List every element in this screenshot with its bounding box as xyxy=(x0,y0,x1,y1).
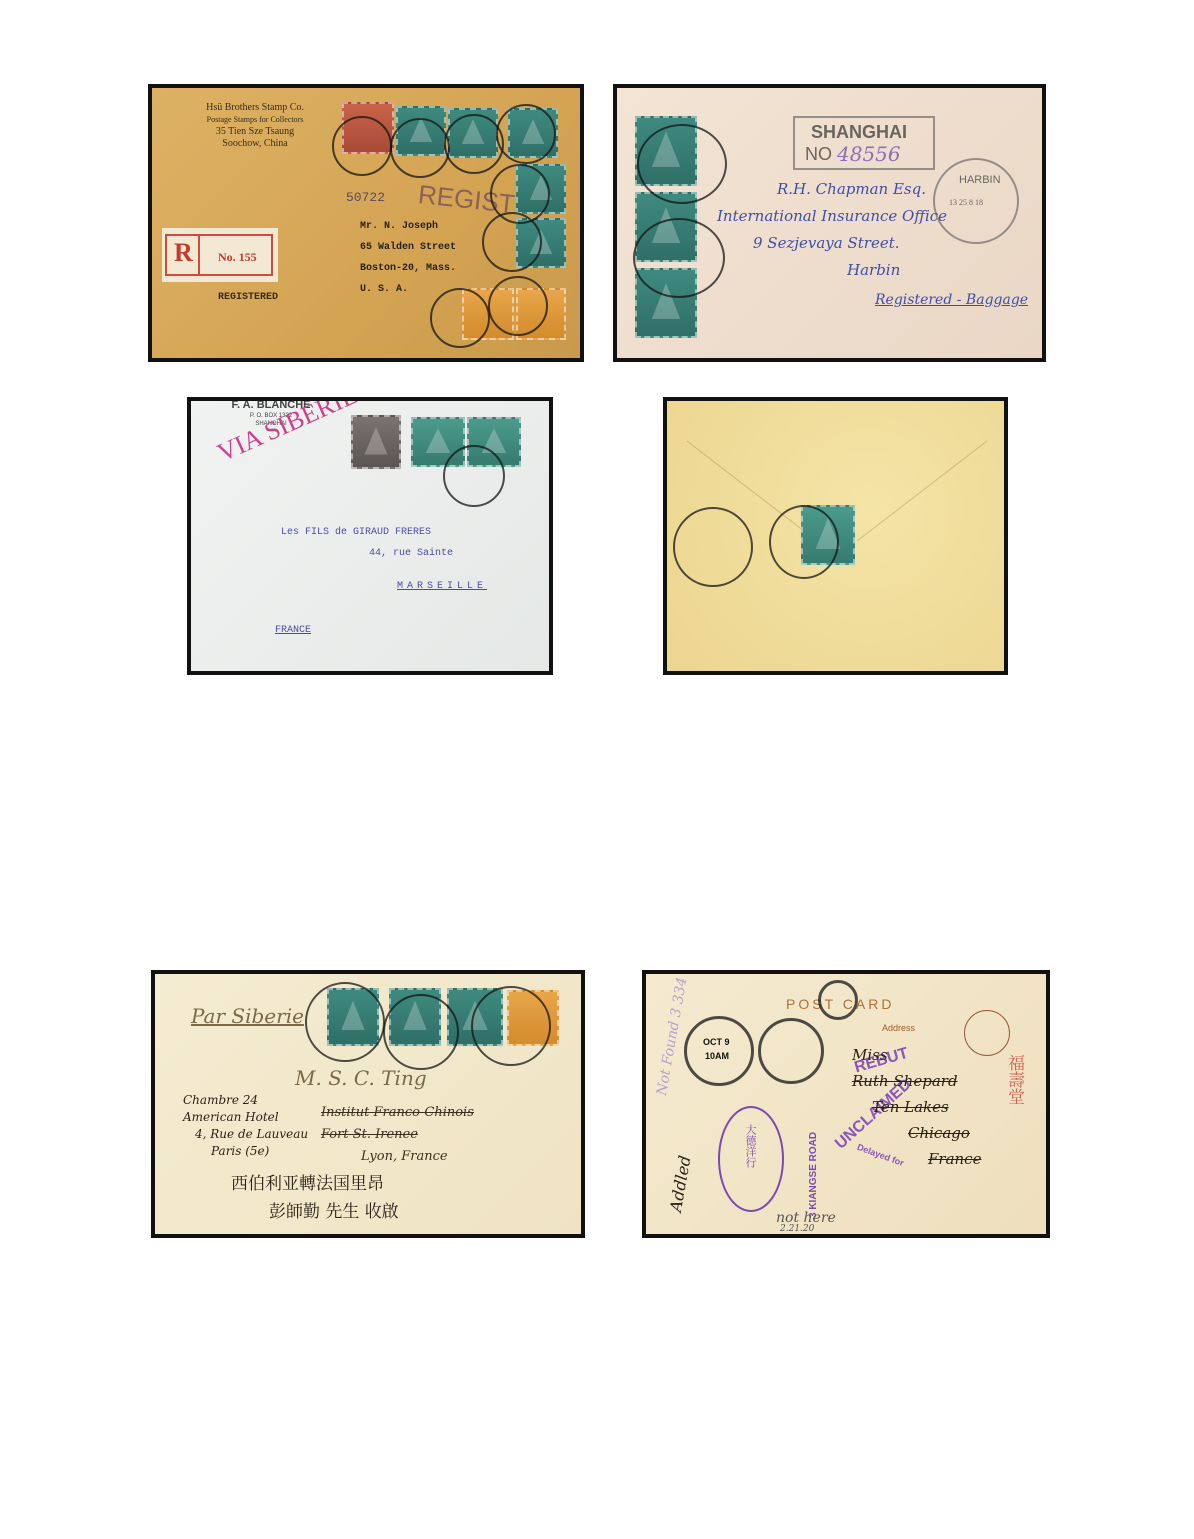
chicago-duplex xyxy=(758,1018,824,1084)
postmark xyxy=(332,116,392,176)
postmark xyxy=(769,505,839,579)
recipient-block: R.H. Chapman Esq. International Insuranc… xyxy=(717,176,947,284)
addressee: M. S. C. Ting xyxy=(295,1066,427,1090)
postmark xyxy=(430,288,490,348)
forwarding-address: Chambre 24 American Hotel 4, Rue de Lauv… xyxy=(183,1092,308,1160)
chicago-postmark: OCT 9 10AM xyxy=(684,1016,754,1086)
numeral-cancel xyxy=(818,980,858,1020)
postmark xyxy=(383,994,459,1070)
cover-1-registered-soochow: Hsü Brothers Stamp Co. Postage Stamps fo… xyxy=(148,84,584,362)
postmark xyxy=(482,212,542,272)
chinese-address: 西伯利亚轉法国里昂 彭師勤 先生 收啟 xyxy=(231,1170,399,1226)
postmark xyxy=(633,218,725,298)
cover-2-registered-shanghai-harbin: SHANGHAI NO 48556 HARBIN 13 25 8 18 R.H.… xyxy=(613,84,1046,362)
postmark xyxy=(471,986,551,1066)
original-address: Institut Franco-Chinois Fort St. Irenee … xyxy=(321,1102,474,1168)
postmark xyxy=(443,445,505,507)
registration-box: SHANGHAI NO 48556 xyxy=(793,116,935,170)
postmark xyxy=(496,104,556,164)
postmark xyxy=(390,118,450,178)
postmark xyxy=(673,507,753,587)
registration-number-stamp: 50722 xyxy=(346,190,385,205)
stamp xyxy=(351,415,401,469)
country: FRANCE xyxy=(275,625,311,636)
registration-number: No. 155 xyxy=(218,250,257,265)
footer-date: 2.21.20 xyxy=(780,1224,814,1234)
address-label: Address xyxy=(882,1023,915,1033)
registration-label: R No. 155 xyxy=(162,228,278,282)
kiangse-road-stamp: 3 KIANGSE ROAD xyxy=(808,1132,819,1218)
cover-4-back xyxy=(663,397,1008,675)
cover-6-post-card: POST CARD Address Not Found 3 334 OCT 9 … xyxy=(642,970,1050,1238)
cover-3-via-siberie: F. A. BLANCHE P. O. BOX 1332 SHANGHAI VI… xyxy=(187,397,553,675)
handwriting-left: Addled xyxy=(666,1154,695,1213)
registered-note: Registered - Baggage xyxy=(875,292,1028,308)
recipient-block: Les FILS de GIRAUD FRERES 44, rue Sainte… xyxy=(281,527,487,592)
registration-r: R xyxy=(174,238,193,268)
curt-frauen-oval: 大德洋行 xyxy=(718,1106,784,1212)
registration-number: 48556 xyxy=(837,142,901,166)
postmark xyxy=(444,114,504,174)
postmark xyxy=(488,276,548,336)
postmark xyxy=(305,982,385,1062)
cover-5-par-siberie: Par Siberie M. S. C. Ting Chambre 24 Ame… xyxy=(151,970,585,1238)
registered-text: REGISTERED xyxy=(218,292,278,303)
sender-block: Hsü Brothers Stamp Co. Postage Stamps fo… xyxy=(180,102,330,150)
recipient-block: Miss Ruth Shepard Ten Lakes Chicago Fran… xyxy=(852,1042,981,1172)
postmark xyxy=(637,124,727,204)
chinese-red-writing: 福壽堂 xyxy=(1002,1054,1027,1105)
not-found-note: Not Found 3 334 xyxy=(654,976,691,1097)
recipient-block: Mr. N. Joseph 65 Walden Street Boston-20… xyxy=(360,216,456,300)
par-siberie: Par Siberie xyxy=(191,1004,304,1028)
